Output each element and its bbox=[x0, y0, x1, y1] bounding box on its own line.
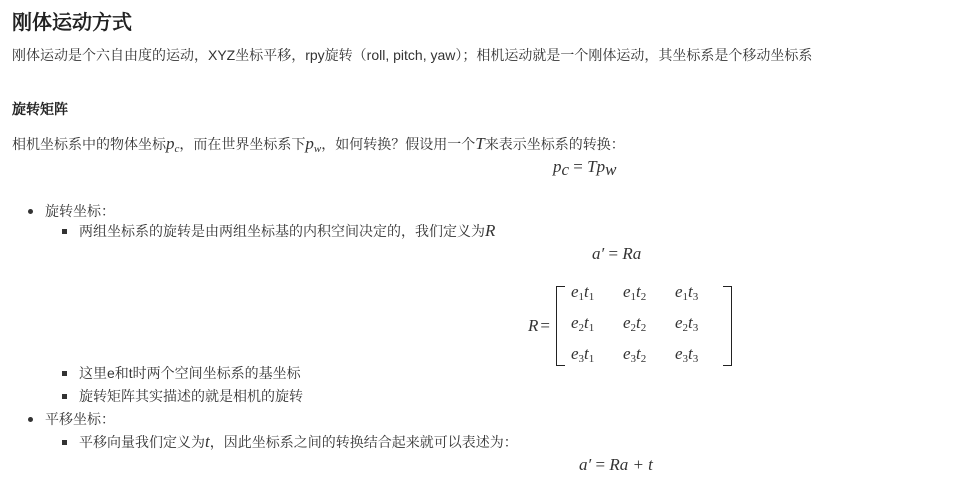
equation-a-ra-plus-t: a′ = Ra + t bbox=[579, 455, 653, 475]
eq1-equals: = bbox=[569, 157, 587, 176]
eqa-rhs: Ra bbox=[622, 244, 641, 263]
matrix-cell: e3t2 bbox=[623, 342, 675, 371]
para-text-2: ，而在世界坐标系下 bbox=[179, 136, 305, 152]
subitem-text: 两组坐标系的旋转是由两组坐标基的内积空间决定的，我们定义为 bbox=[79, 223, 485, 239]
subitem-text-a: 平移向量我们定义为 bbox=[79, 434, 205, 450]
list-subitem-camera-rotation: 旋转矩阵其实描述的就是相机的旋转 bbox=[79, 386, 303, 406]
eq1-T: T bbox=[587, 157, 596, 176]
eq1-lhs: p bbox=[553, 157, 562, 176]
matrix-cell: e1t3 bbox=[675, 280, 719, 309]
eqa-lhs: a′ bbox=[592, 244, 604, 263]
para-text-3: ，如何转换？假设用一个 bbox=[321, 136, 475, 152]
list-subitem-basis: 这里e和t时两个空间坐标系的基坐标 bbox=[79, 363, 301, 383]
pc-letter: p bbox=[166, 134, 175, 153]
list-item-rotation-label: 旋转坐标： bbox=[45, 201, 115, 221]
eq1-rhs-sub: w bbox=[605, 160, 616, 179]
matrix-cell: e1t1 bbox=[571, 280, 623, 309]
bullet-disc-icon bbox=[28, 209, 33, 214]
matrix-cell: e2t2 bbox=[623, 311, 675, 340]
matrix-cell: e2t3 bbox=[675, 311, 719, 340]
para-text-1: 相机坐标系中的物体坐标 bbox=[12, 136, 166, 152]
eq1-rhs: p bbox=[597, 157, 606, 176]
matrix-cells: e1t1 e1t2 e1t3 e2t1 e2t2 e2t3 e3t1 e3t2 … bbox=[565, 280, 723, 371]
subitem-text-b: ，因此坐标系之间的转换结合起来就可以表述为： bbox=[210, 434, 518, 450]
pw-var: pw bbox=[305, 134, 321, 153]
matrix-equals: = bbox=[540, 316, 550, 336]
para-text-4: 来表示坐标系的转换： bbox=[485, 136, 625, 152]
equation-pc-tpw: pc = Tpw bbox=[553, 157, 616, 180]
r-var: R bbox=[485, 221, 495, 240]
eqb-equals: = bbox=[591, 455, 609, 474]
eqb-rhs: Ra + t bbox=[609, 455, 653, 474]
matrix-cell: e3t3 bbox=[675, 342, 719, 371]
bullet-square-icon bbox=[62, 394, 67, 399]
pc-var: pc bbox=[166, 134, 179, 153]
rotation-matrix: R = e1t1 e1t2 e1t3 e2t1 e2t2 e2t3 e3t1 e… bbox=[528, 280, 732, 371]
bullet-square-icon bbox=[62, 229, 67, 234]
pw-letter: p bbox=[305, 134, 314, 153]
bullet-disc-icon bbox=[28, 417, 33, 422]
matrix-lhs: R bbox=[528, 316, 538, 336]
eq1-lhs-sub: c bbox=[562, 160, 570, 179]
list-subitem-rotation-def: 两组坐标系的旋转是由两组坐标基的内积空间决定的，我们定义为R bbox=[79, 221, 495, 241]
equation-a-ra: a′ = Ra bbox=[592, 244, 641, 264]
eqb-lhs: a′ bbox=[579, 455, 591, 474]
matrix-cell: e2t1 bbox=[571, 311, 623, 340]
section-heading: 旋转矩阵 bbox=[12, 99, 68, 119]
page-title: 刚体运动方式 bbox=[12, 6, 132, 35]
list-item-translation-label: 平移坐标： bbox=[45, 409, 115, 429]
t-matrix-var: T bbox=[475, 134, 484, 153]
bullet-square-icon bbox=[62, 371, 67, 376]
list-subitem-translation-def: 平移向量我们定义为t，因此坐标系之间的转换结合起来就可以表述为： bbox=[79, 432, 518, 452]
section-paragraph: 相机坐标系中的物体坐标pc，而在世界坐标系下pw，如何转换？假设用一个T来表示坐… bbox=[12, 134, 625, 155]
bullet-square-icon bbox=[62, 440, 67, 445]
right-bracket bbox=[723, 286, 732, 366]
eqa-equals: = bbox=[604, 244, 622, 263]
matrix-cell: e3t1 bbox=[571, 342, 623, 371]
left-bracket bbox=[556, 286, 565, 366]
intro-paragraph: 刚体运动是个六自由度的运动，XYZ坐标平移，rpy旋转（roll, pitch,… bbox=[12, 45, 812, 65]
matrix-cell: e1t2 bbox=[623, 280, 675, 309]
